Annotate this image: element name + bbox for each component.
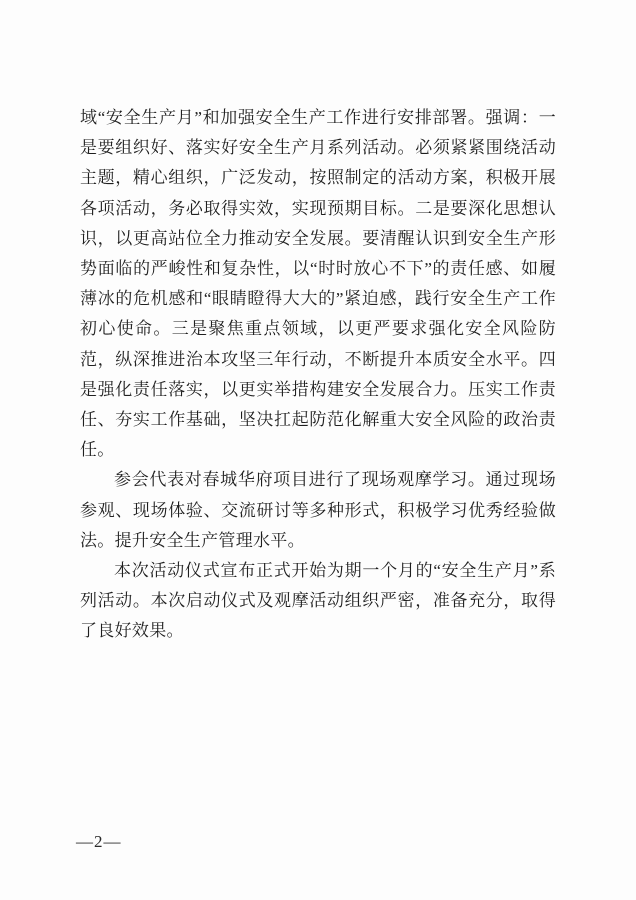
body-paragraph: 域“安全生产月”和加强安全生产工作进行安排部署。强调：一是要组织好、落实好安全生…: [80, 103, 556, 465]
body-text-block: 域“安全生产月”和加强安全生产工作进行安排部署。强调：一是要组织好、落实好安全生…: [80, 103, 556, 647]
body-paragraph: 本次活动仪式宣布正式开始为期一个月的“安全生产月”系列活动。本次启动仪式及观摩活…: [80, 556, 556, 647]
page-number: —2—: [76, 831, 122, 853]
document-page: 域“安全生产月”和加强安全生产工作进行安排部署。强调：一是要组织好、落实好安全生…: [0, 0, 636, 900]
body-paragraph: 参会代表对春城华府项目进行了现场观摩学习。通过现场参观、现场体验、交流研讨等多种…: [80, 465, 556, 556]
